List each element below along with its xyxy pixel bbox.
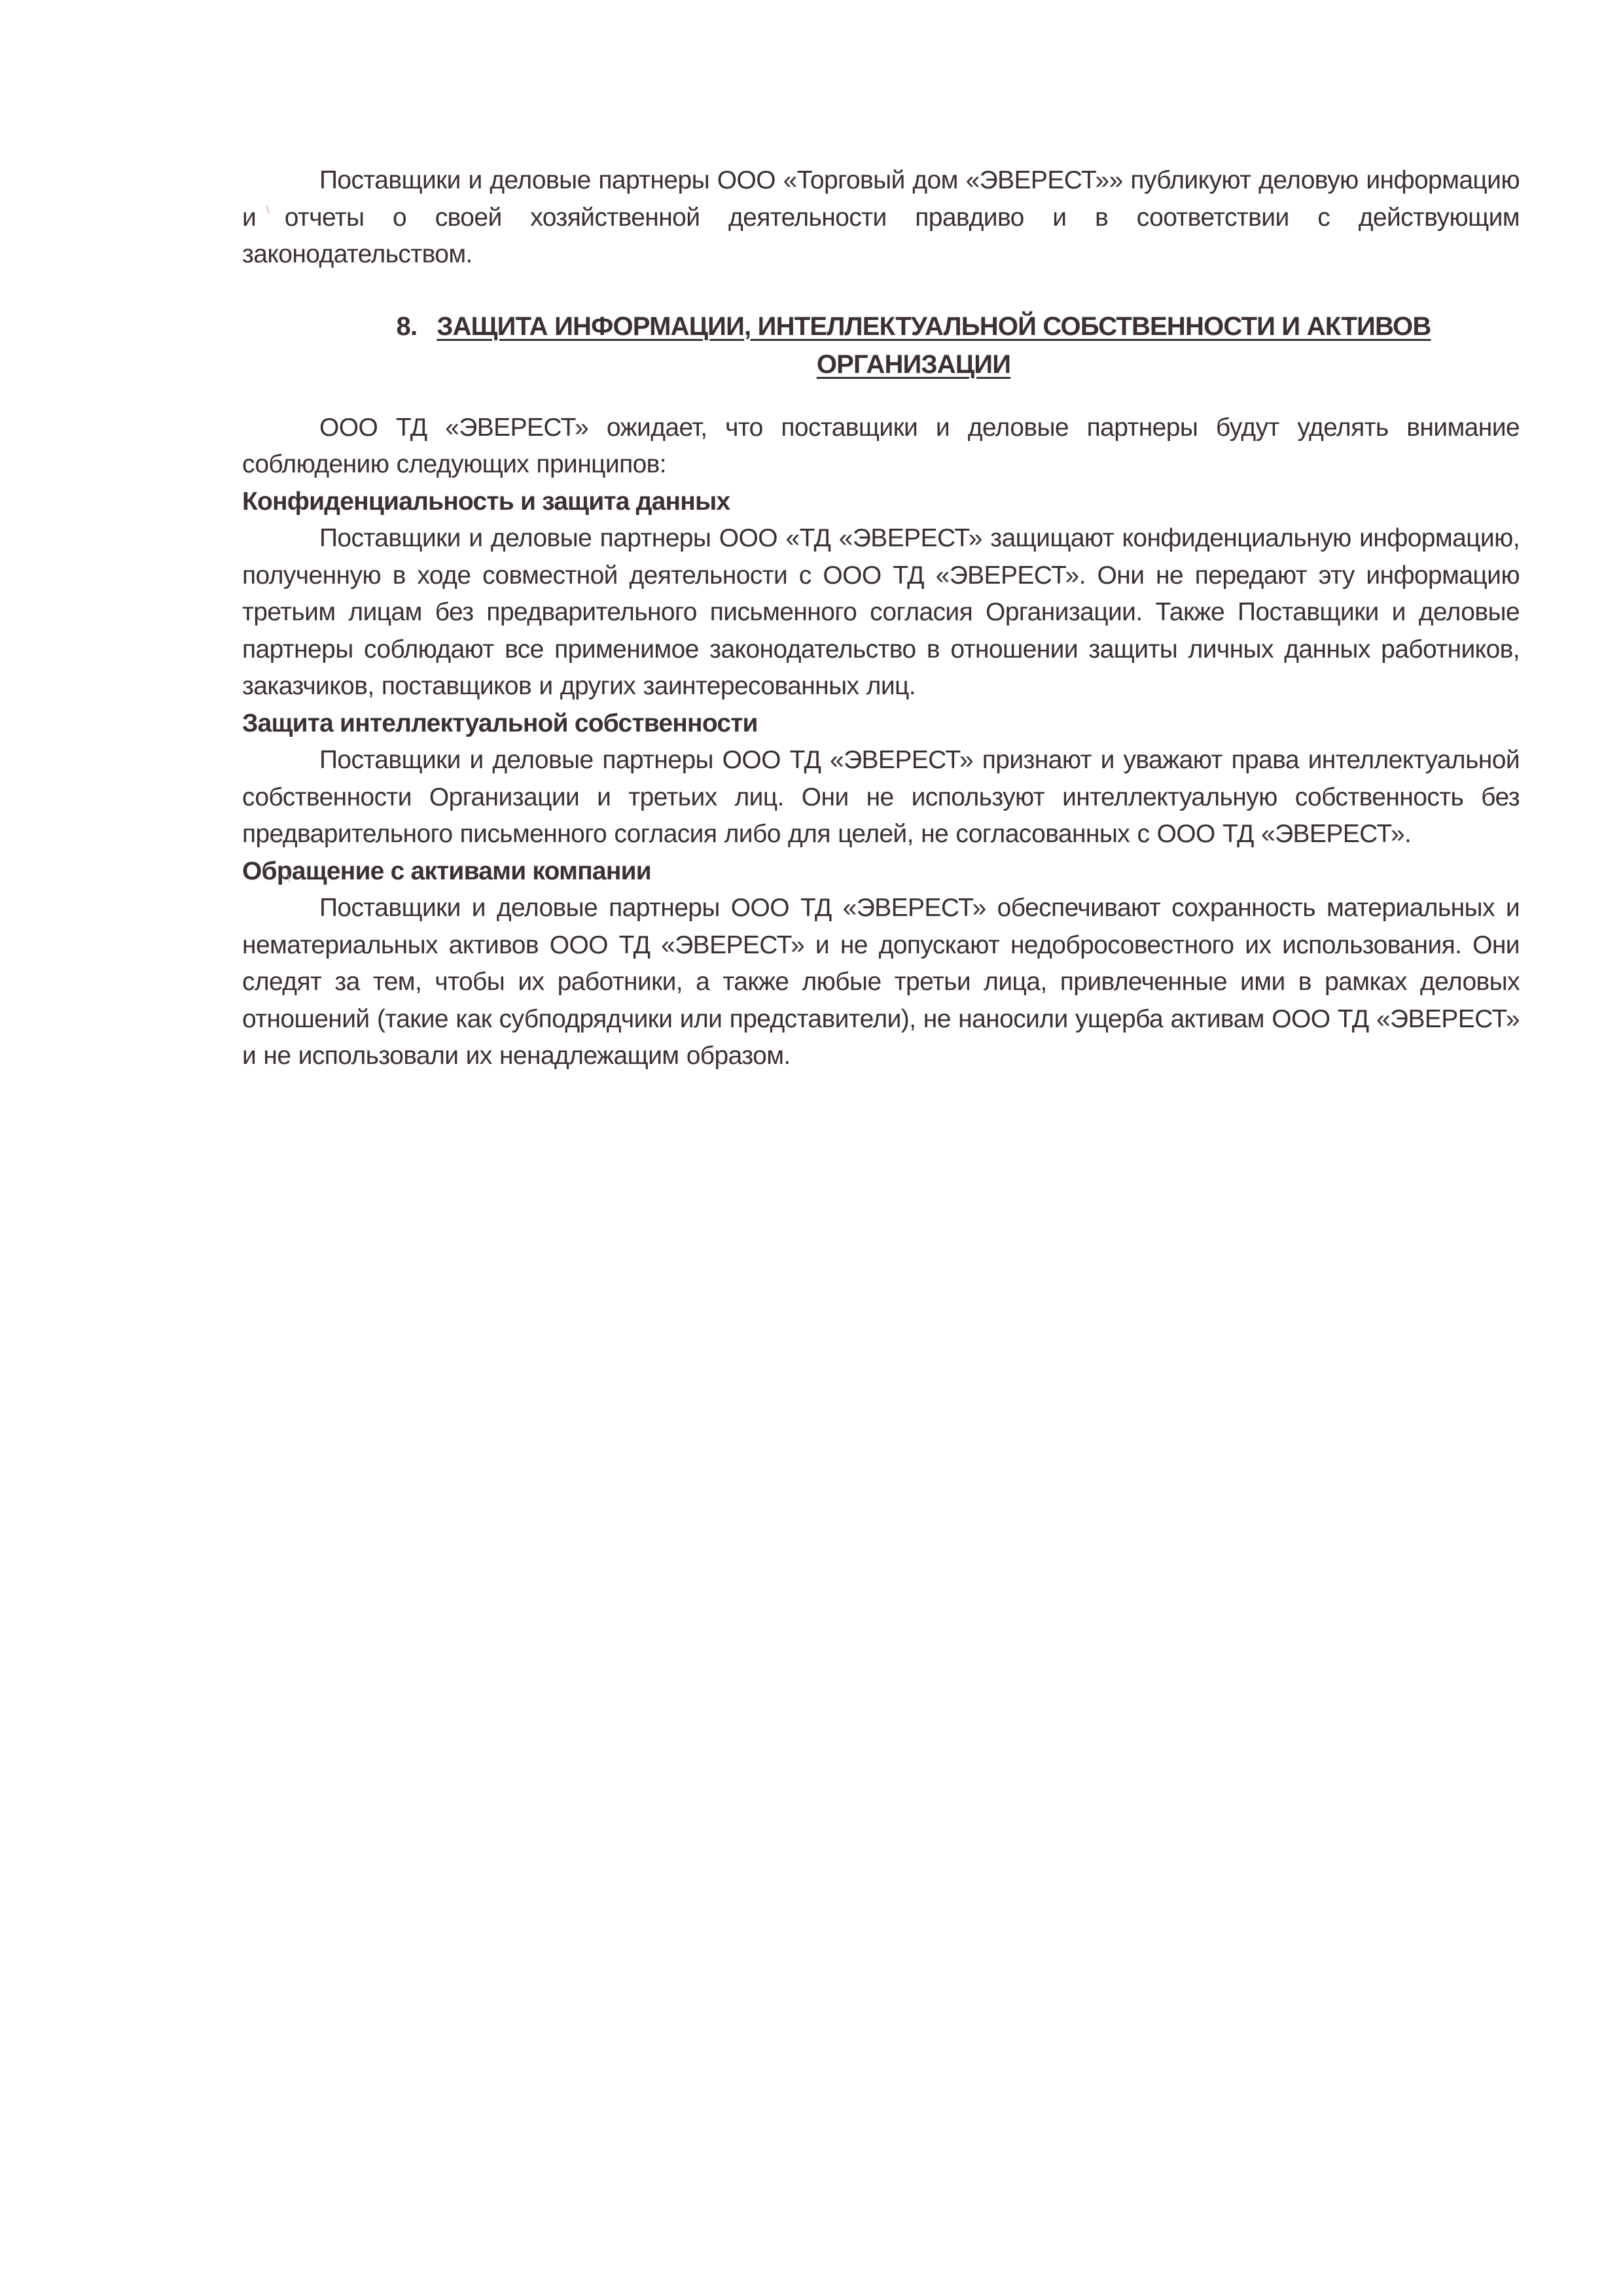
subsection-confidentiality: Конфиденциальность и защита данных Поста… bbox=[242, 484, 1520, 705]
subsection-text: Поставщики и деловые партнеры ООО «ТД «Э… bbox=[242, 520, 1520, 705]
subsection-text: Поставщики и деловые партнеры ООО ТД «ЭВ… bbox=[242, 890, 1520, 1075]
subsection-heading: Конфиденциальность и защита данных bbox=[242, 484, 1520, 521]
section-title: ЗАЩИТА ИНФОРМАЦИИ, ИНТЕЛЛЕКТУАЛЬНОЙ СОБС… bbox=[437, 312, 1431, 379]
document-page: Поставщики и деловые партнеры ООО «Торго… bbox=[242, 162, 1520, 1075]
subsection-intellectual-property: Защита интеллектуальной собственности По… bbox=[242, 705, 1520, 853]
section-lead-paragraph: ООО ТД «ЭВЕРЕСТ» ожидает, что поставщики… bbox=[242, 410, 1520, 484]
subsection-heading: Защита интеллектуальной собственности bbox=[242, 705, 1520, 743]
subsection-text: Поставщики и деловые партнеры ООО ТД «ЭВ… bbox=[242, 742, 1520, 853]
subsection-company-assets: Обращение с активами компании Поставщики… bbox=[242, 853, 1520, 1075]
section-number: 8. bbox=[397, 312, 418, 341]
section-heading: 8.ЗАЩИТА ИНФОРМАЦИИ, ИНТЕЛЛЕКТУАЛЬНОЙ СО… bbox=[242, 308, 1520, 383]
intro-paragraph: Поставщики и деловые партнеры ООО «Торго… bbox=[242, 162, 1520, 274]
subsection-heading: Обращение с активами компании bbox=[242, 853, 1520, 891]
